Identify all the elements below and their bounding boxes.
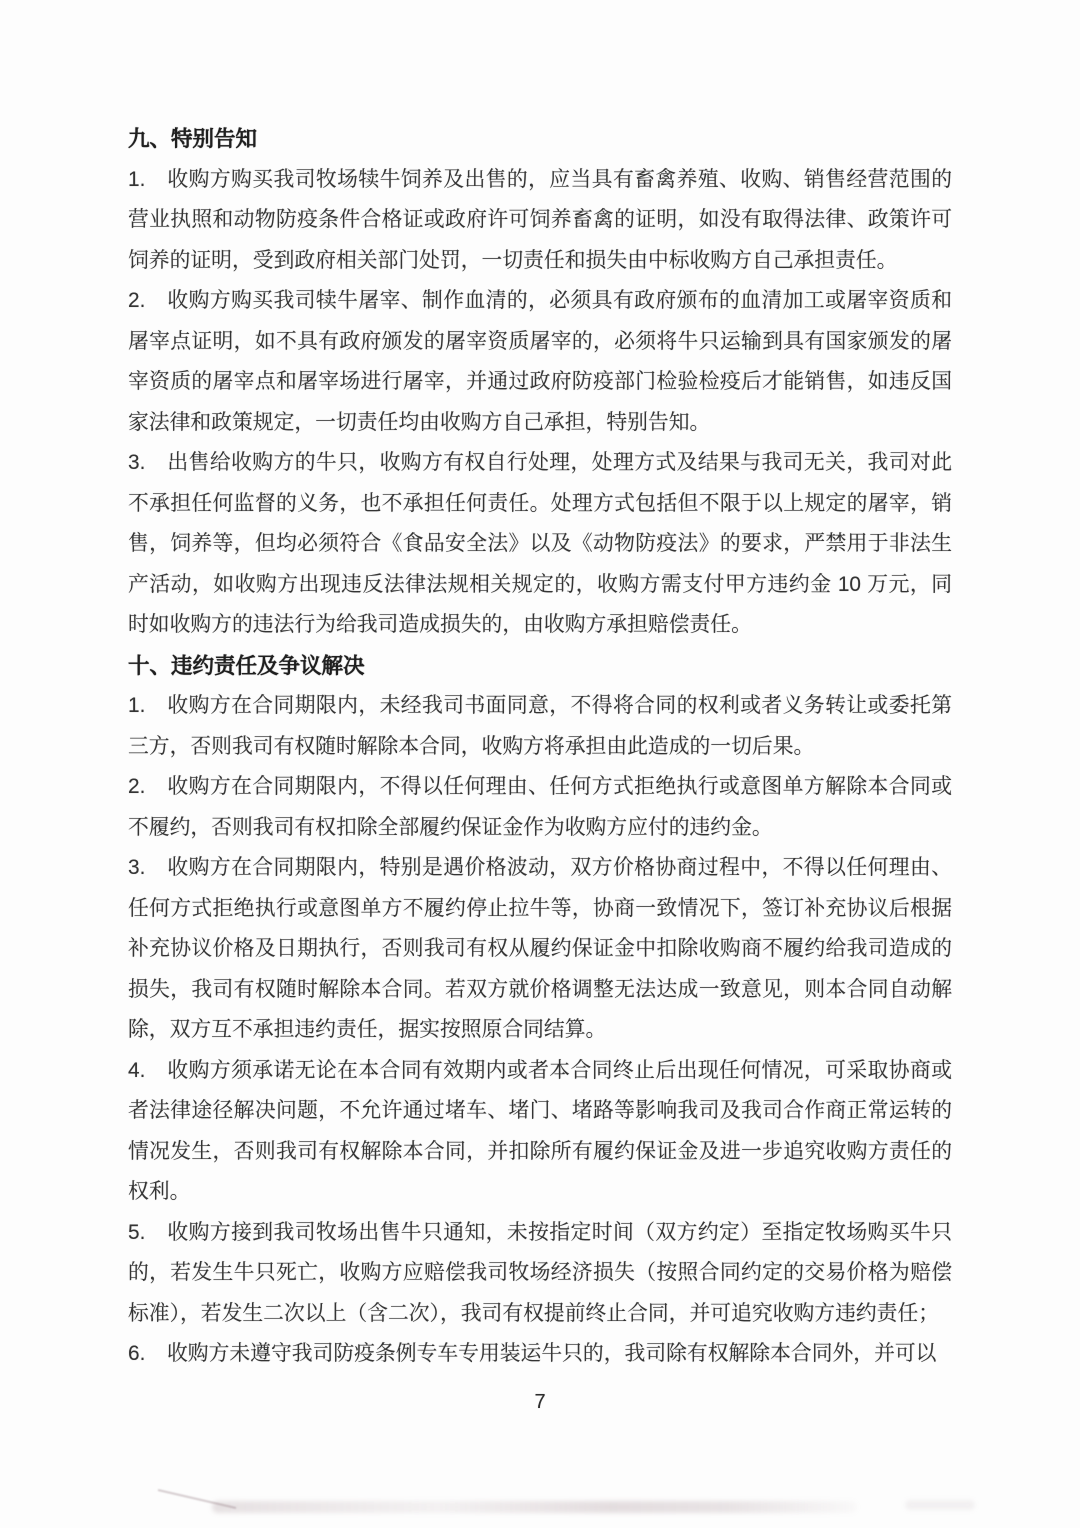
clause-number: 4. [128, 1051, 167, 1092]
clause-number: 3. [128, 848, 167, 889]
clause-number: 1. [128, 160, 167, 201]
clause-10-6: 6.收购方未遵守我司防疫条例专车专用装运牛只的，我司除有权解除本合同外，并可以 [128, 1334, 952, 1375]
clause-text: 收购方未遵守我司防疫条例专车专用装运牛只的，我司除有权解除本合同外，并可以 [167, 1342, 936, 1365]
clause-number: 2. [128, 767, 167, 808]
clause-number: 2. [128, 281, 167, 322]
clause-9-2: 2.收购方购买我司犊牛屠宰、制作血清的，必须具有政府颁布的血清加工或屠宰资质和屠… [128, 281, 952, 443]
clause-text: 收购方在合同期限内，未经我司书面同意，不得将合同的权利或者义务转让或委托第三方，… [128, 694, 952, 758]
page-number: 7 [0, 1388, 1080, 1416]
clause-text: 收购方购买我司牧场犊牛饲养及出售的，应当具有畜禽养殖、收购、销售经营范围的营业执… [128, 168, 952, 272]
clause-number: 1. [128, 686, 167, 727]
scan-smudge-band [212, 1501, 857, 1513]
clause-text: 收购方在合同期限内，特别是遇价格波动，双方价格协商过程中，不得以任何理由、任何方… [128, 856, 952, 1041]
clause-text: 收购方接到我司牧场出售牛只通知，未按指定时间（双方约定）至指定牧场购买牛只的，若… [128, 1221, 952, 1325]
clause-9-3: 3.出售给收购方的牛只，收购方有权自行处理，处理方式及结果与我司无关，我司对此不… [128, 443, 952, 646]
section-special-notice-heading: 九、特别告知 [128, 119, 952, 160]
clause-10-2: 2.收购方在合同期限内，不得以任何理由、任何方式拒绝执行或意图单方解除本合同或不… [128, 767, 952, 848]
section-breach-liability-heading: 十、违约责任及争议解决 [128, 646, 952, 687]
clause-10-3: 3.收购方在合同期限内，特别是遇价格波动，双方价格协商过程中，不得以任何理由、任… [128, 848, 952, 1051]
clause-text: 出售给收购方的牛只，收购方有权自行处理，处理方式及结果与我司无关，我司对此不承担… [128, 451, 952, 636]
clause-10-5: 5.收购方接到我司牧场出售牛只通知，未按指定时间（双方约定）至指定牧场购买牛只的… [128, 1213, 952, 1335]
clause-text: 收购方在合同期限内，不得以任何理由、任何方式拒绝执行或意图单方解除本合同或不履约… [128, 775, 952, 839]
section-special-notice: 九、特别告知 1.收购方购买我司牧场犊牛饲养及出售的，应当具有畜禽养殖、收购、销… [128, 119, 952, 646]
scan-smudge-patch [905, 1500, 975, 1510]
clause-text: 收购方须承诺无论在本合同有效期内或者本合同终止后出现任何情况，可采取协商或者法律… [128, 1059, 952, 1204]
page-content: 九、特别告知 1.收购方购买我司牧场犊牛饲养及出售的，应当具有畜禽养殖、收购、销… [128, 119, 952, 1375]
clause-9-1: 1.收购方购买我司牧场犊牛饲养及出售的，应当具有畜禽养殖、收购、销售经营范围的营… [128, 160, 952, 282]
section-breach-liability: 十、违约责任及争议解决 1.收购方在合同期限内，未经我司书面同意，不得将合同的权… [128, 646, 952, 1375]
clause-10-1: 1.收购方在合同期限内，未经我司书面同意，不得将合同的权利或者义务转让或委托第三… [128, 686, 952, 767]
clause-text: 收购方购买我司犊牛屠宰、制作血清的，必须具有政府颁布的血清加工或屠宰资质和屠宰点… [128, 289, 952, 434]
clause-10-4: 4.收购方须承诺无论在本合同有效期内或者本合同终止后出现任何情况，可采取协商或者… [128, 1051, 952, 1213]
clause-number: 5. [128, 1213, 167, 1254]
clause-number: 3. [128, 443, 167, 484]
clause-number: 6. [128, 1334, 167, 1375]
scanned-contract-page: 九、特别告知 1.收购方购买我司牧场犊牛饲养及出售的，应当具有畜禽养殖、收购、销… [0, 0, 1080, 1528]
